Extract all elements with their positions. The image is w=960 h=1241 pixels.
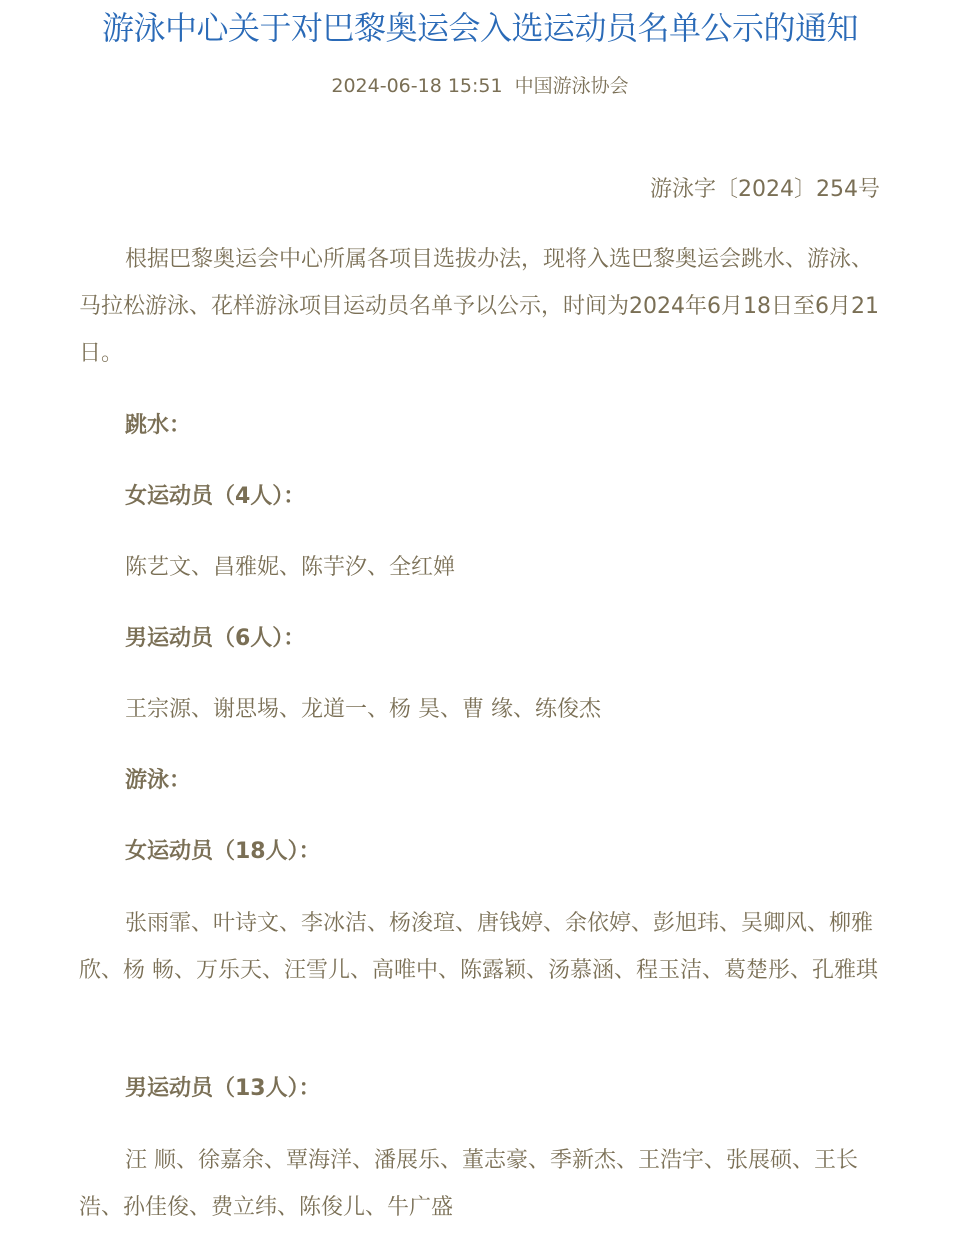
swimming-men-heading: 男运动员（13人）： <box>125 1073 321 1105</box>
diving-men-heading: 男运动员（6人）： <box>125 623 305 655</box>
diving-women-names: 陈艺文、昌雅妮、陈芋汐、全红婵 <box>125 552 455 584</box>
publish-source: 中国游泳协会 <box>515 75 629 97</box>
section-heading-swimming: 游泳： <box>125 765 191 797</box>
article-meta: 2024-06-18 15:51 中国游泳协会 <box>0 72 960 100</box>
section-heading-diving: 跳水： <box>125 410 191 442</box>
swimming-women-names: 张雨霏、叶诗文、李冰洁、杨浚瑄、唐钱婷、余依婷、彭旭玮、吴卿风、柳雅欣、杨 畅、… <box>79 900 879 994</box>
document-number: 游泳字〔2024〕254号 <box>650 174 880 206</box>
swimming-women-heading: 女运动员（18人）： <box>125 836 321 868</box>
article: 游泳中心关于对巴黎奥运会入选运动员名单公示的通知 2024-06-18 15:5… <box>0 0 960 1241</box>
swimming-men-names: 汪 顺、徐嘉余、覃海洋、潘展乐、董志豪、季新杰、王浩宇、张展硕、王长浩、孙佳俊、… <box>79 1137 879 1231</box>
intro-paragraph: 根据巴黎奥运会中心所属各项目选拔办法，现将入选巴黎奥运会跳水、游泳、马拉松游泳、… <box>79 236 879 377</box>
diving-women-heading: 女运动员（4人）： <box>125 481 305 513</box>
publish-date: 2024-06-18 15:51 <box>331 75 502 97</box>
page-title: 游泳中心关于对巴黎奥运会入选运动员名单公示的通知 <box>0 6 960 50</box>
diving-men-names: 王宗源、谢思埸、龙道一、杨 昊、曹 缘、练俊杰 <box>125 694 601 726</box>
